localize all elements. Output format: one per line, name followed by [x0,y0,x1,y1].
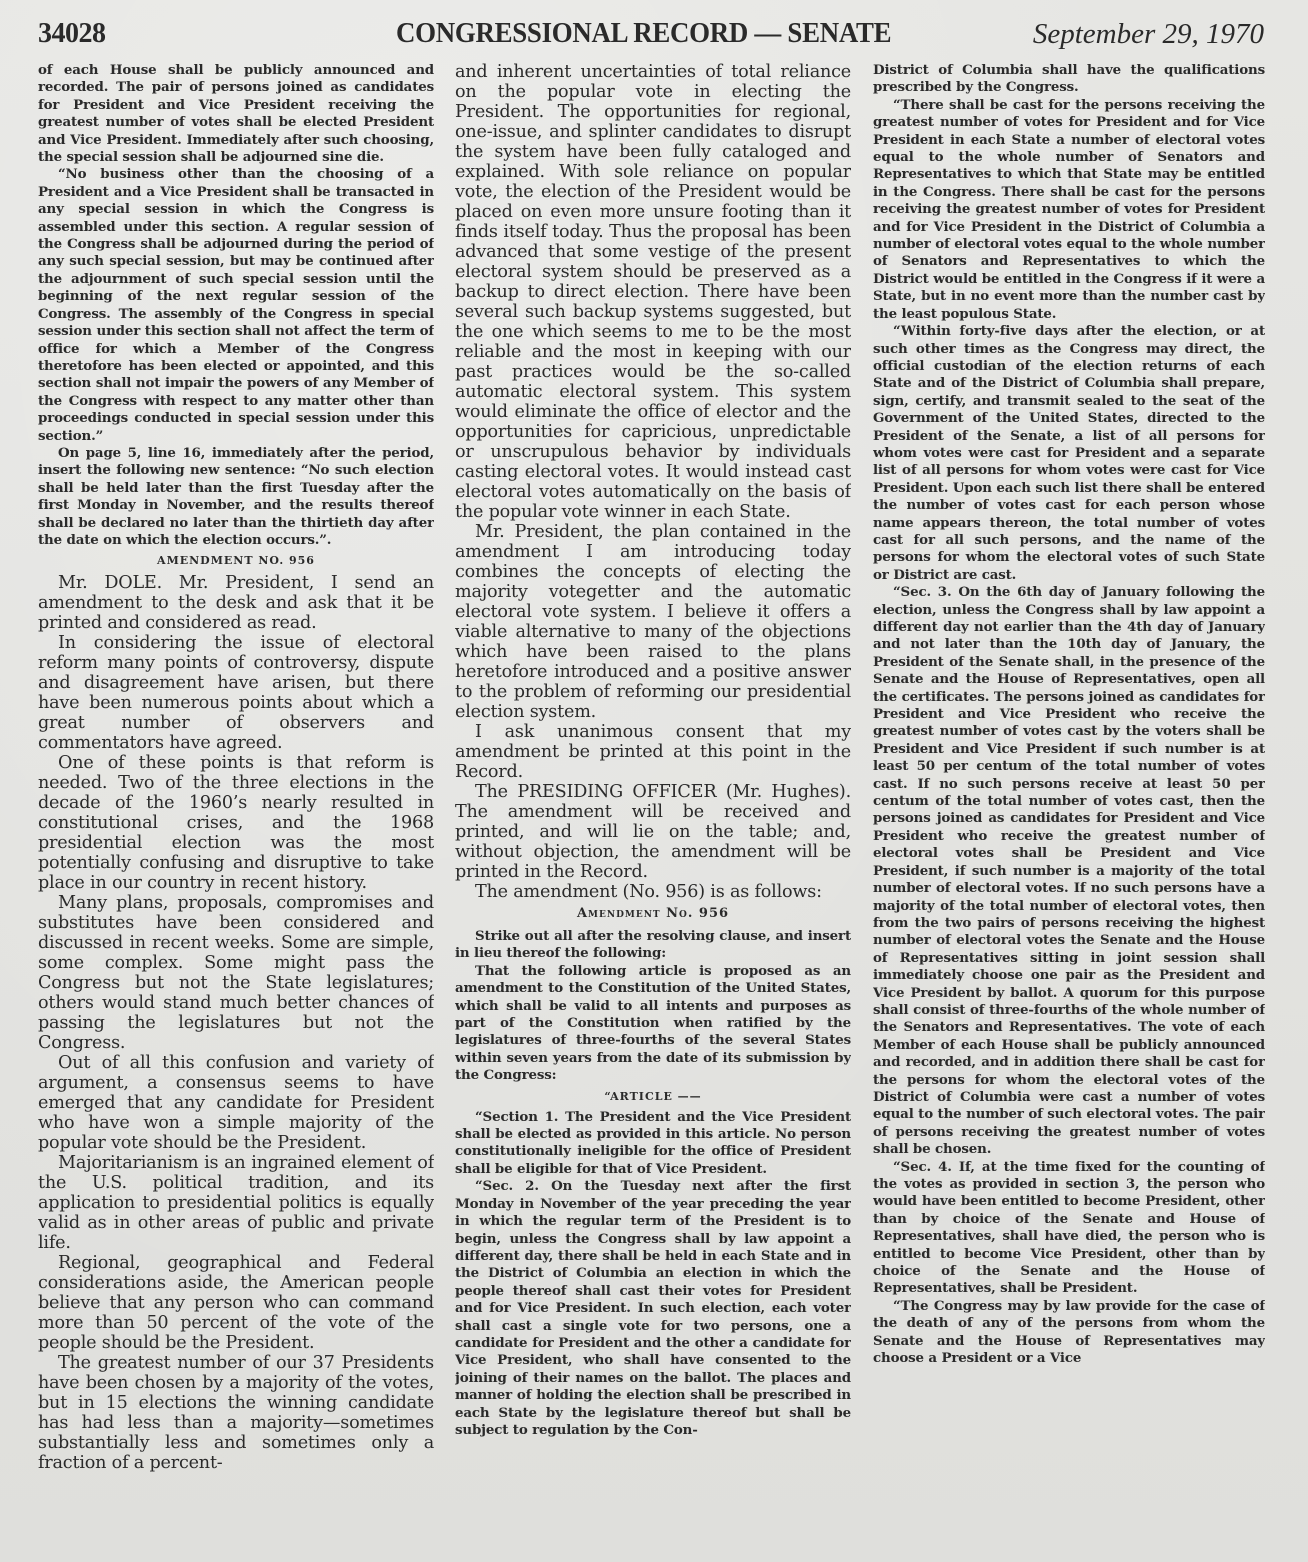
speech-paragraph: Out of all this confusion and variety of… [38,1053,434,1153]
speech-paragraph: Mr. President, the plan contained in the… [455,522,851,722]
middle-column: and inherent uncertainties of total reli… [455,62,851,1562]
paragraph: “No business other than the choosing of … [38,166,434,445]
section-paragraph: “Within forty-five days after the electi… [873,323,1265,584]
section-paragraph: “There shall be cast for the persons rec… [873,97,1265,323]
page-number: 34028 [38,18,106,50]
speech-paragraph: The greatest number of our 37 Presidents… [38,1353,434,1473]
right-column: District of Columbia shall have the qual… [873,62,1265,1562]
section-paragraph: “Sec. 4. If, at the time fixed for the c… [873,1159,1265,1298]
speech-paragraph: Mr. DOLE. Mr. President, I send an amend… [38,573,434,633]
newspaper-page: 34028 CONGRESSIONAL RECORD — SENATE Sept… [0,0,1308,1562]
section-paragraph: “Sec. 3. On the 6th day of January follo… [873,584,1265,1158]
section-paragraph: “The Congress may by law provide for the… [873,1298,1265,1368]
amendment-paragraph: Strike out all after the resolving claus… [455,928,851,963]
speech-paragraph: Majoritarianism is an ingrained element … [38,1153,434,1253]
section-paragraph: “Section 1. The President and the Vice P… [455,1109,851,1179]
paragraph: On page 5, line 16, immediately after th… [38,445,434,549]
speech-paragraph: In considering the issue of electoral re… [38,633,434,753]
section-paragraph: “Sec. 2. On the Tuesday next after the f… [455,1178,851,1439]
speech-paragraph: The PRESIDING OFFICER (Mr. Hughes). The … [455,782,851,882]
paragraph: of each House shall be publicly announce… [38,62,434,166]
amendment-paragraph: That the following article is proposed a… [455,963,851,1085]
publication-title: CONGRESSIONAL RECORD — SENATE [396,18,891,50]
speech-paragraph: I ask unanimous consent that my amendmen… [455,722,851,782]
speech-paragraph: Regional, geographical and Federal consi… [38,1253,434,1353]
left-column: of each House shall be publicly announce… [38,62,434,1562]
speech-paragraph: and inherent uncertainties of total reli… [455,62,851,522]
speech-paragraph: Many plans, proposals, compromises and s… [38,893,434,1053]
amendment-heading: Amendment No. 956 [455,904,851,924]
page-header: 34028 CONGRESSIONAL RECORD — SENATE Sept… [0,14,1308,58]
speech-paragraph: One of these points is that reform is ne… [38,753,434,893]
amendment-heading: AMENDMENT NO. 956 [38,553,434,569]
article-heading: “ARTICLE —— [455,1089,851,1105]
section-paragraph: District of Columbia shall have the qual… [873,62,1265,97]
publication-date: September 29, 1970 [1033,18,1264,51]
speech-paragraph: The amendment (No. 956) is as follows: [455,882,851,902]
